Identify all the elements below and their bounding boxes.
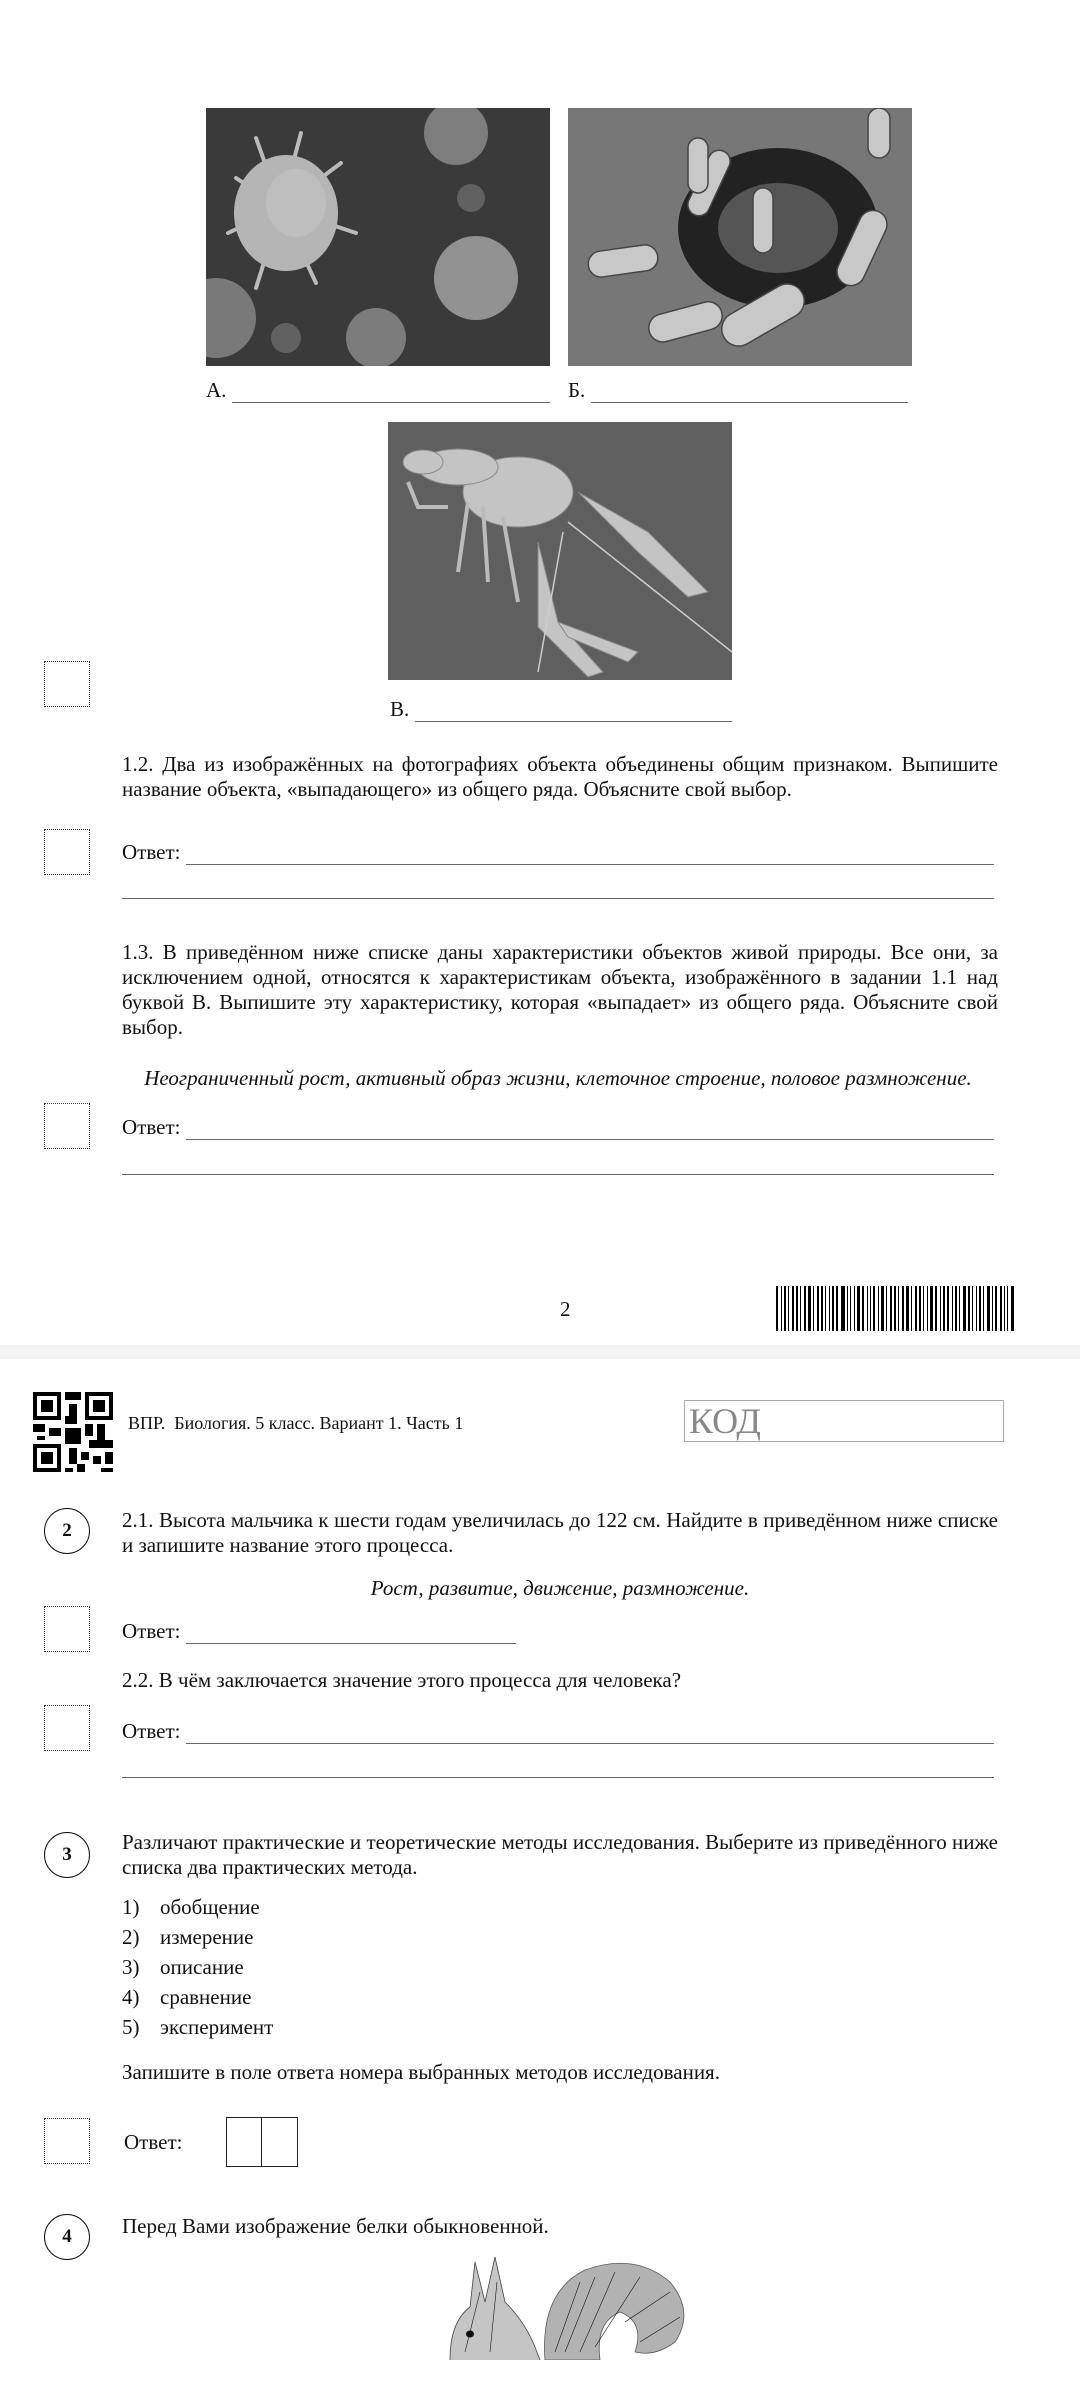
- barcode-bar: [792, 1286, 794, 1331]
- answer-cell-2[interactable]: [262, 2117, 298, 2167]
- caption-b: Б.: [568, 378, 908, 403]
- barcode-bar: [1011, 1286, 1014, 1331]
- score-box-1-1[interactable]: [44, 661, 90, 707]
- answer-line-a[interactable]: [232, 384, 550, 403]
- method-option: 1)обобщение: [122, 1895, 273, 1925]
- barcode-bar: [781, 1286, 782, 1331]
- process-list: Рост, развитие, движение, размножение.: [122, 1576, 998, 1601]
- barcode-bar: [890, 1286, 892, 1331]
- barcode-bar: [800, 1286, 802, 1331]
- barcode-bar: [788, 1286, 789, 1331]
- score-box-2-1[interactable]: [44, 1606, 90, 1652]
- answer-line-2-1[interactable]: [186, 1625, 516, 1644]
- barcode-bar: [927, 1286, 928, 1331]
- barcode-bar: [976, 1286, 977, 1331]
- score-box-1-2[interactable]: [44, 829, 90, 875]
- barcode-bar: [902, 1286, 903, 1331]
- barcode-bar: [947, 1286, 949, 1331]
- answer-line-2-2-extra[interactable]: [122, 1777, 994, 1778]
- qr-code-icon: [33, 1392, 113, 1472]
- answer-line-1-2[interactable]: [186, 846, 994, 865]
- answer-1-2: Ответ:: [122, 840, 994, 865]
- question-3-instruction: Запишите в поле ответа номера выбранных …: [122, 2060, 998, 2085]
- method-label: измерение: [160, 1925, 253, 1955]
- characteristics-list: Неограниченный рост, активный образ жизн…: [122, 1066, 994, 1091]
- barcode-bar: [955, 1286, 957, 1331]
- method-label: описание: [160, 1955, 244, 1985]
- barcode-bar: [930, 1286, 933, 1331]
- method-option: 4)сравнение: [122, 1985, 273, 2015]
- barcode-bar: [862, 1286, 864, 1331]
- task-number-2: 2: [44, 1508, 90, 1554]
- bacteria-photo: [568, 108, 912, 366]
- answer-2-2: Ответ:: [122, 1719, 994, 1744]
- barcode-bar: [959, 1286, 960, 1331]
- question-1-3: 1.3. В приведённом ниже списке даны хара…: [122, 940, 998, 1040]
- barcode-bar: [847, 1286, 848, 1331]
- barcode-bar: [796, 1286, 797, 1331]
- question-1-2: 1.2. Два из изображённых на фотографиях …: [122, 752, 998, 802]
- barcode-bar: [829, 1286, 830, 1331]
- answer-line-b[interactable]: [591, 384, 908, 403]
- answer-cell-1[interactable]: [226, 2117, 262, 2167]
- barcode-bar: [911, 1286, 912, 1331]
- answer-cells-3: [226, 2117, 298, 2167]
- barcode-bar: [919, 1286, 921, 1331]
- barcode-bar: [854, 1286, 855, 1331]
- barcode-bar: [992, 1286, 993, 1331]
- answer-line-1-3[interactable]: [186, 1121, 994, 1140]
- method-option: 2)измерение: [122, 1925, 273, 1955]
- barcode-bar: [804, 1286, 805, 1331]
- barcode-bar: [906, 1286, 910, 1331]
- barcode-bar: [952, 1286, 953, 1331]
- score-box-1-3[interactable]: [44, 1103, 90, 1149]
- barcode-bar: [821, 1286, 823, 1331]
- barcode-bar: [886, 1286, 887, 1331]
- barcode-bar: [857, 1286, 860, 1331]
- method-number: 1): [122, 1895, 160, 1925]
- barcode-bar: [1000, 1286, 1002, 1331]
- squirrel-drawing: [445, 2252, 695, 2360]
- barcode-bar: [963, 1286, 966, 1331]
- question-3: Различают практические и теоретические м…: [122, 1830, 998, 1880]
- method-number: 2): [122, 1925, 160, 1955]
- barcode-bar: [841, 1286, 845, 1331]
- answer-line-v[interactable]: [415, 703, 732, 722]
- barcode-bar: [987, 1286, 989, 1331]
- code-field[interactable]: КОД: [684, 1400, 1004, 1442]
- header-title: ВПР. Биология. 5 класс. Вариант 1. Часть…: [128, 1413, 463, 1434]
- answer-line-1-2-extra[interactable]: [122, 898, 994, 899]
- answer-2-1: Ответ:: [122, 1619, 516, 1644]
- barcode-bar: [915, 1286, 917, 1331]
- barcode: [776, 1286, 1016, 1331]
- method-number: 3): [122, 1955, 160, 1985]
- caption-a: А.: [206, 378, 550, 403]
- page-number: 2: [560, 1297, 571, 1322]
- answer-line-2-2[interactable]: [186, 1725, 994, 1744]
- method-option: 3)описание: [122, 1955, 273, 1985]
- method-option: 5)эксперимент: [122, 2015, 273, 2045]
- barcode-bar: [1007, 1286, 1008, 1331]
- barcode-bar: [972, 1286, 973, 1331]
- barcode-bar: [1004, 1286, 1005, 1331]
- task-number-4: 4: [44, 2214, 90, 2260]
- method-number: 5): [122, 2015, 160, 2045]
- barcode-bar: [943, 1286, 944, 1331]
- question-4: Перед Вами изображение белки обыкновенно…: [122, 2214, 998, 2239]
- answer-line-1-3-extra[interactable]: [122, 1174, 994, 1175]
- barcode-bar: [870, 1286, 871, 1331]
- question-2-1: 2.1. Высота мальчика к шести годам увели…: [122, 1508, 998, 1558]
- barcode-bar: [825, 1286, 826, 1331]
- score-box-2-2[interactable]: [44, 1705, 90, 1751]
- barcode-bar: [898, 1286, 899, 1331]
- barcode-bar: [968, 1286, 970, 1331]
- answer-label-3: Ответ:: [124, 2130, 182, 2155]
- barcode-bar: [776, 1286, 778, 1331]
- answer-1-3: Ответ:: [122, 1115, 994, 1140]
- barcode-bar: [867, 1286, 868, 1331]
- methods-list: 1)обобщение2)измерение3)описание4)сравне…: [122, 1895, 273, 2045]
- barcode-bar: [817, 1286, 818, 1331]
- task-number-3: 3: [44, 1832, 90, 1878]
- method-label: обобщение: [160, 1895, 260, 1925]
- barcode-bar: [836, 1286, 838, 1331]
- method-label: эксперимент: [160, 2015, 273, 2045]
- barcode-bar: [832, 1286, 834, 1331]
- barcode-bar: [995, 1286, 997, 1331]
- barcode-bar: [983, 1286, 984, 1331]
- barcode-bar: [935, 1286, 937, 1331]
- method-number: 4): [122, 1985, 160, 2015]
- method-label: сравнение: [160, 1985, 251, 2015]
- barcode-bar: [894, 1286, 896, 1331]
- barcode-bar: [878, 1286, 879, 1331]
- page-separator: [0, 1345, 1080, 1359]
- barcode-bar: [881, 1286, 883, 1331]
- question-2-2: 2.2. В чём заключается значение этого пр…: [122, 1668, 998, 1693]
- barcode-bar: [850, 1286, 851, 1331]
- barcode-bar: [813, 1286, 815, 1331]
- barcode-bar: [923, 1286, 924, 1331]
- virus-photo: [206, 108, 550, 366]
- score-box-3[interactable]: [44, 2118, 90, 2164]
- barcode-bar: [979, 1286, 981, 1331]
- crayfish-photo: [388, 422, 732, 680]
- caption-v: В.: [390, 697, 732, 722]
- barcode-bar: [808, 1286, 811, 1331]
- barcode-bar: [940, 1286, 941, 1331]
- barcode-bar: [784, 1286, 786, 1331]
- barcode-bar: [873, 1286, 875, 1331]
